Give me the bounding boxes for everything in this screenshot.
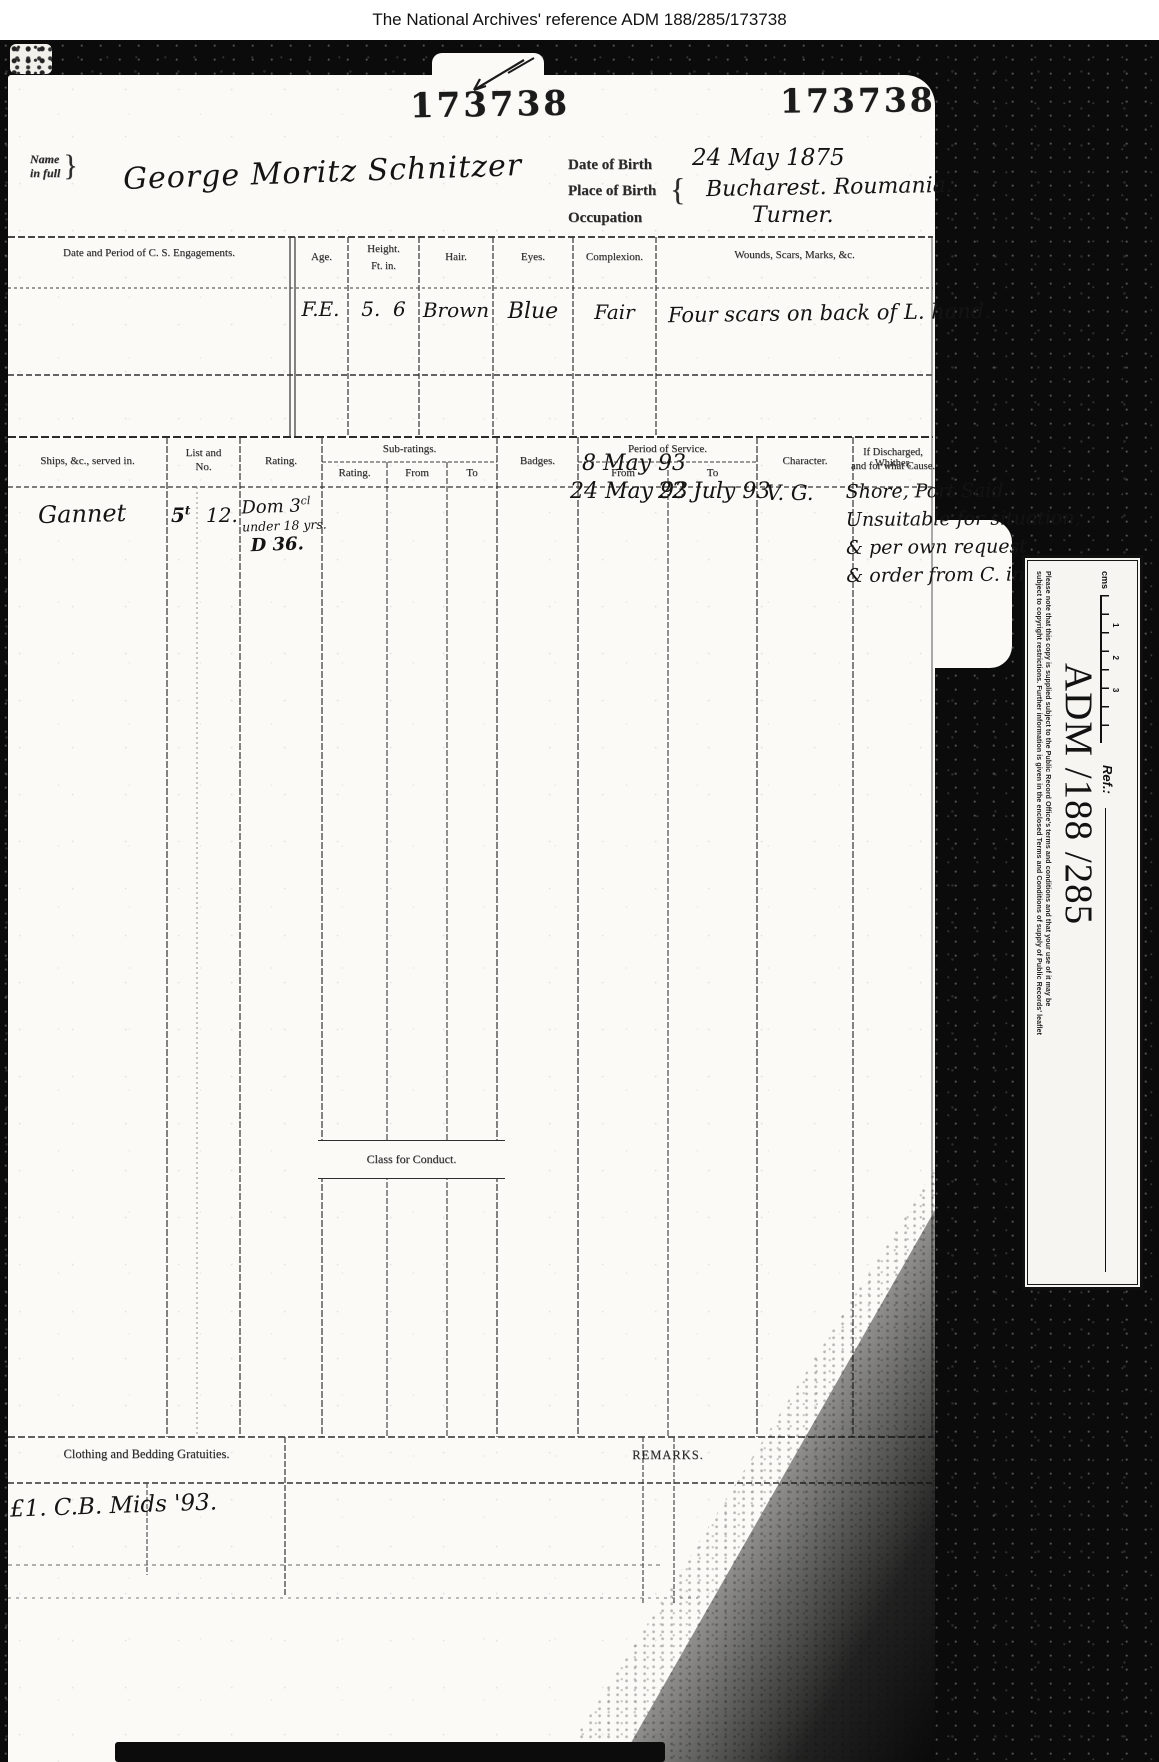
col-header-sub-ratings: Sub-ratings.: [322, 443, 497, 455]
discharge-line1: Shore, Port Said -: [846, 476, 1081, 506]
archive-reference-panel-inner: cms 1 2 3 Ref.: ADM /188 /285 Please not…: [1027, 560, 1138, 1285]
rating-main: Dom 3: [241, 495, 301, 518]
discharge-line2: Unsuitable for situation,: [846, 504, 1081, 534]
col-header-complexion: Complexion.: [573, 251, 656, 263]
occupation-value: Turner.: [752, 203, 834, 228]
class-for-conduct-band: Class for Conduct.: [318, 1140, 505, 1179]
name-label-line1: Name: [30, 152, 60, 166]
archives-reference-text: The National Archives' reference ADM 188…: [372, 10, 786, 30]
age-value: F.E.: [293, 297, 348, 321]
col-header-discharged-line2: and for what Cause.: [851, 461, 935, 472]
ref-label: Ref.:: [1100, 765, 1115, 794]
col-header-list-line1: List and: [167, 447, 240, 459]
screenshot-root: The National Archives' reference ADM 188…: [0, 0, 1159, 1762]
col-header-list-line2: No.: [167, 461, 240, 473]
col-header-height-units: Ft. in.: [348, 261, 419, 272]
pob-label: Place of Birth: [568, 183, 656, 200]
ruler-number-1: 1: [1111, 623, 1120, 627]
record-number-stamp-left: 173738: [410, 84, 571, 127]
ruler-number-2: 2: [1111, 655, 1120, 659]
occupation-label: Occupation: [568, 210, 642, 227]
name-label-block: Name in full }: [30, 149, 78, 183]
col-header-engagements: Date and Period of C. S. Engagements.: [8, 247, 290, 259]
col-header-wounds: Wounds, Scars, Marks, &c.: [656, 249, 933, 261]
character-value: V. G.: [766, 481, 814, 505]
col-header-rating: Rating.: [240, 455, 322, 467]
name-label-line2: in full: [30, 166, 60, 180]
archives-reference-banner: The National Archives' reference ADM 188…: [0, 0, 1159, 40]
class-for-conduct-label: Class for Conduct.: [367, 1152, 457, 1167]
wounds-value: Four scars on back of L. hand.: [668, 299, 991, 328]
ship-value: Gannet: [38, 499, 127, 529]
col-header-badges: Badges.: [497, 455, 578, 467]
col-header-sub-to: To: [447, 467, 497, 479]
torn-corner-fragment: [10, 44, 52, 74]
service-from-line1: 8 May 93: [582, 451, 686, 476]
rating-sup: cl: [300, 494, 310, 507]
pob-value: Bucharest. Roumania.: [706, 173, 953, 202]
ruler-cms-label: cms: [1100, 571, 1110, 589]
col-header-hair: Hair.: [419, 251, 493, 263]
rating-line3: D 36.: [250, 533, 328, 557]
col-header-sub-rating: Rating.: [322, 467, 387, 479]
ruler-number-3: 3: [1111, 688, 1120, 692]
archive-reference-panel: cms 1 2 3 Ref.: ADM /188 /285 Please not…: [1022, 555, 1143, 1290]
remarks-header: REMARKS.: [528, 1448, 808, 1463]
dob-label: Date of Birth: [568, 157, 652, 174]
list-no-sup: t: [185, 503, 191, 517]
hair-value: Brown: [419, 298, 493, 322]
ref-underline: [1105, 808, 1106, 1272]
col-header-sub-from: From: [387, 467, 447, 479]
scanned-document: 173738 173738 Name in full } George Mori…: [0, 40, 1159, 1762]
clothing-gratuities-header: Clothing and Bedding Gratuities.: [8, 1447, 285, 1462]
archive-reference-number: ADM /188 /285: [1057, 663, 1099, 1274]
col-header-age: Age.: [295, 251, 348, 263]
copyright-notice-line2: subject to copyright restrictions. Furth…: [1034, 571, 1043, 1274]
name-brace: }: [63, 149, 77, 183]
list-no-main: 5: [171, 503, 185, 527]
dob-value: 24 May 1875: [692, 145, 845, 171]
service-to-line2: 22 July 93: [658, 479, 770, 504]
col-header-height: Height.: [348, 243, 419, 255]
rating-line2: under 18 yrs.: [242, 517, 327, 535]
list-number-value: 12.: [206, 503, 238, 527]
scan-bottom-black-bar: [115, 1742, 665, 1762]
record-number-stamp-right: 173738: [780, 80, 936, 120]
ruler-scale: 1 2 3: [1100, 595, 1118, 743]
height-value: 5. 6: [348, 297, 419, 321]
complexion-value: Fair: [573, 300, 656, 324]
col-header-eyes: Eyes.: [493, 251, 573, 263]
pob-brace: {: [670, 171, 685, 208]
col-header-ships: Ships, &c., served in.: [8, 455, 167, 467]
rating-value: Dom 3cl under 18 yrs. D 36.: [241, 494, 328, 557]
eyes-value: Blue: [493, 299, 573, 324]
col-header-character: Character.: [757, 455, 853, 467]
copyright-notice-line1: Please note that this copy is supplied s…: [1043, 571, 1052, 1274]
list-no-value: 5t: [171, 503, 190, 527]
